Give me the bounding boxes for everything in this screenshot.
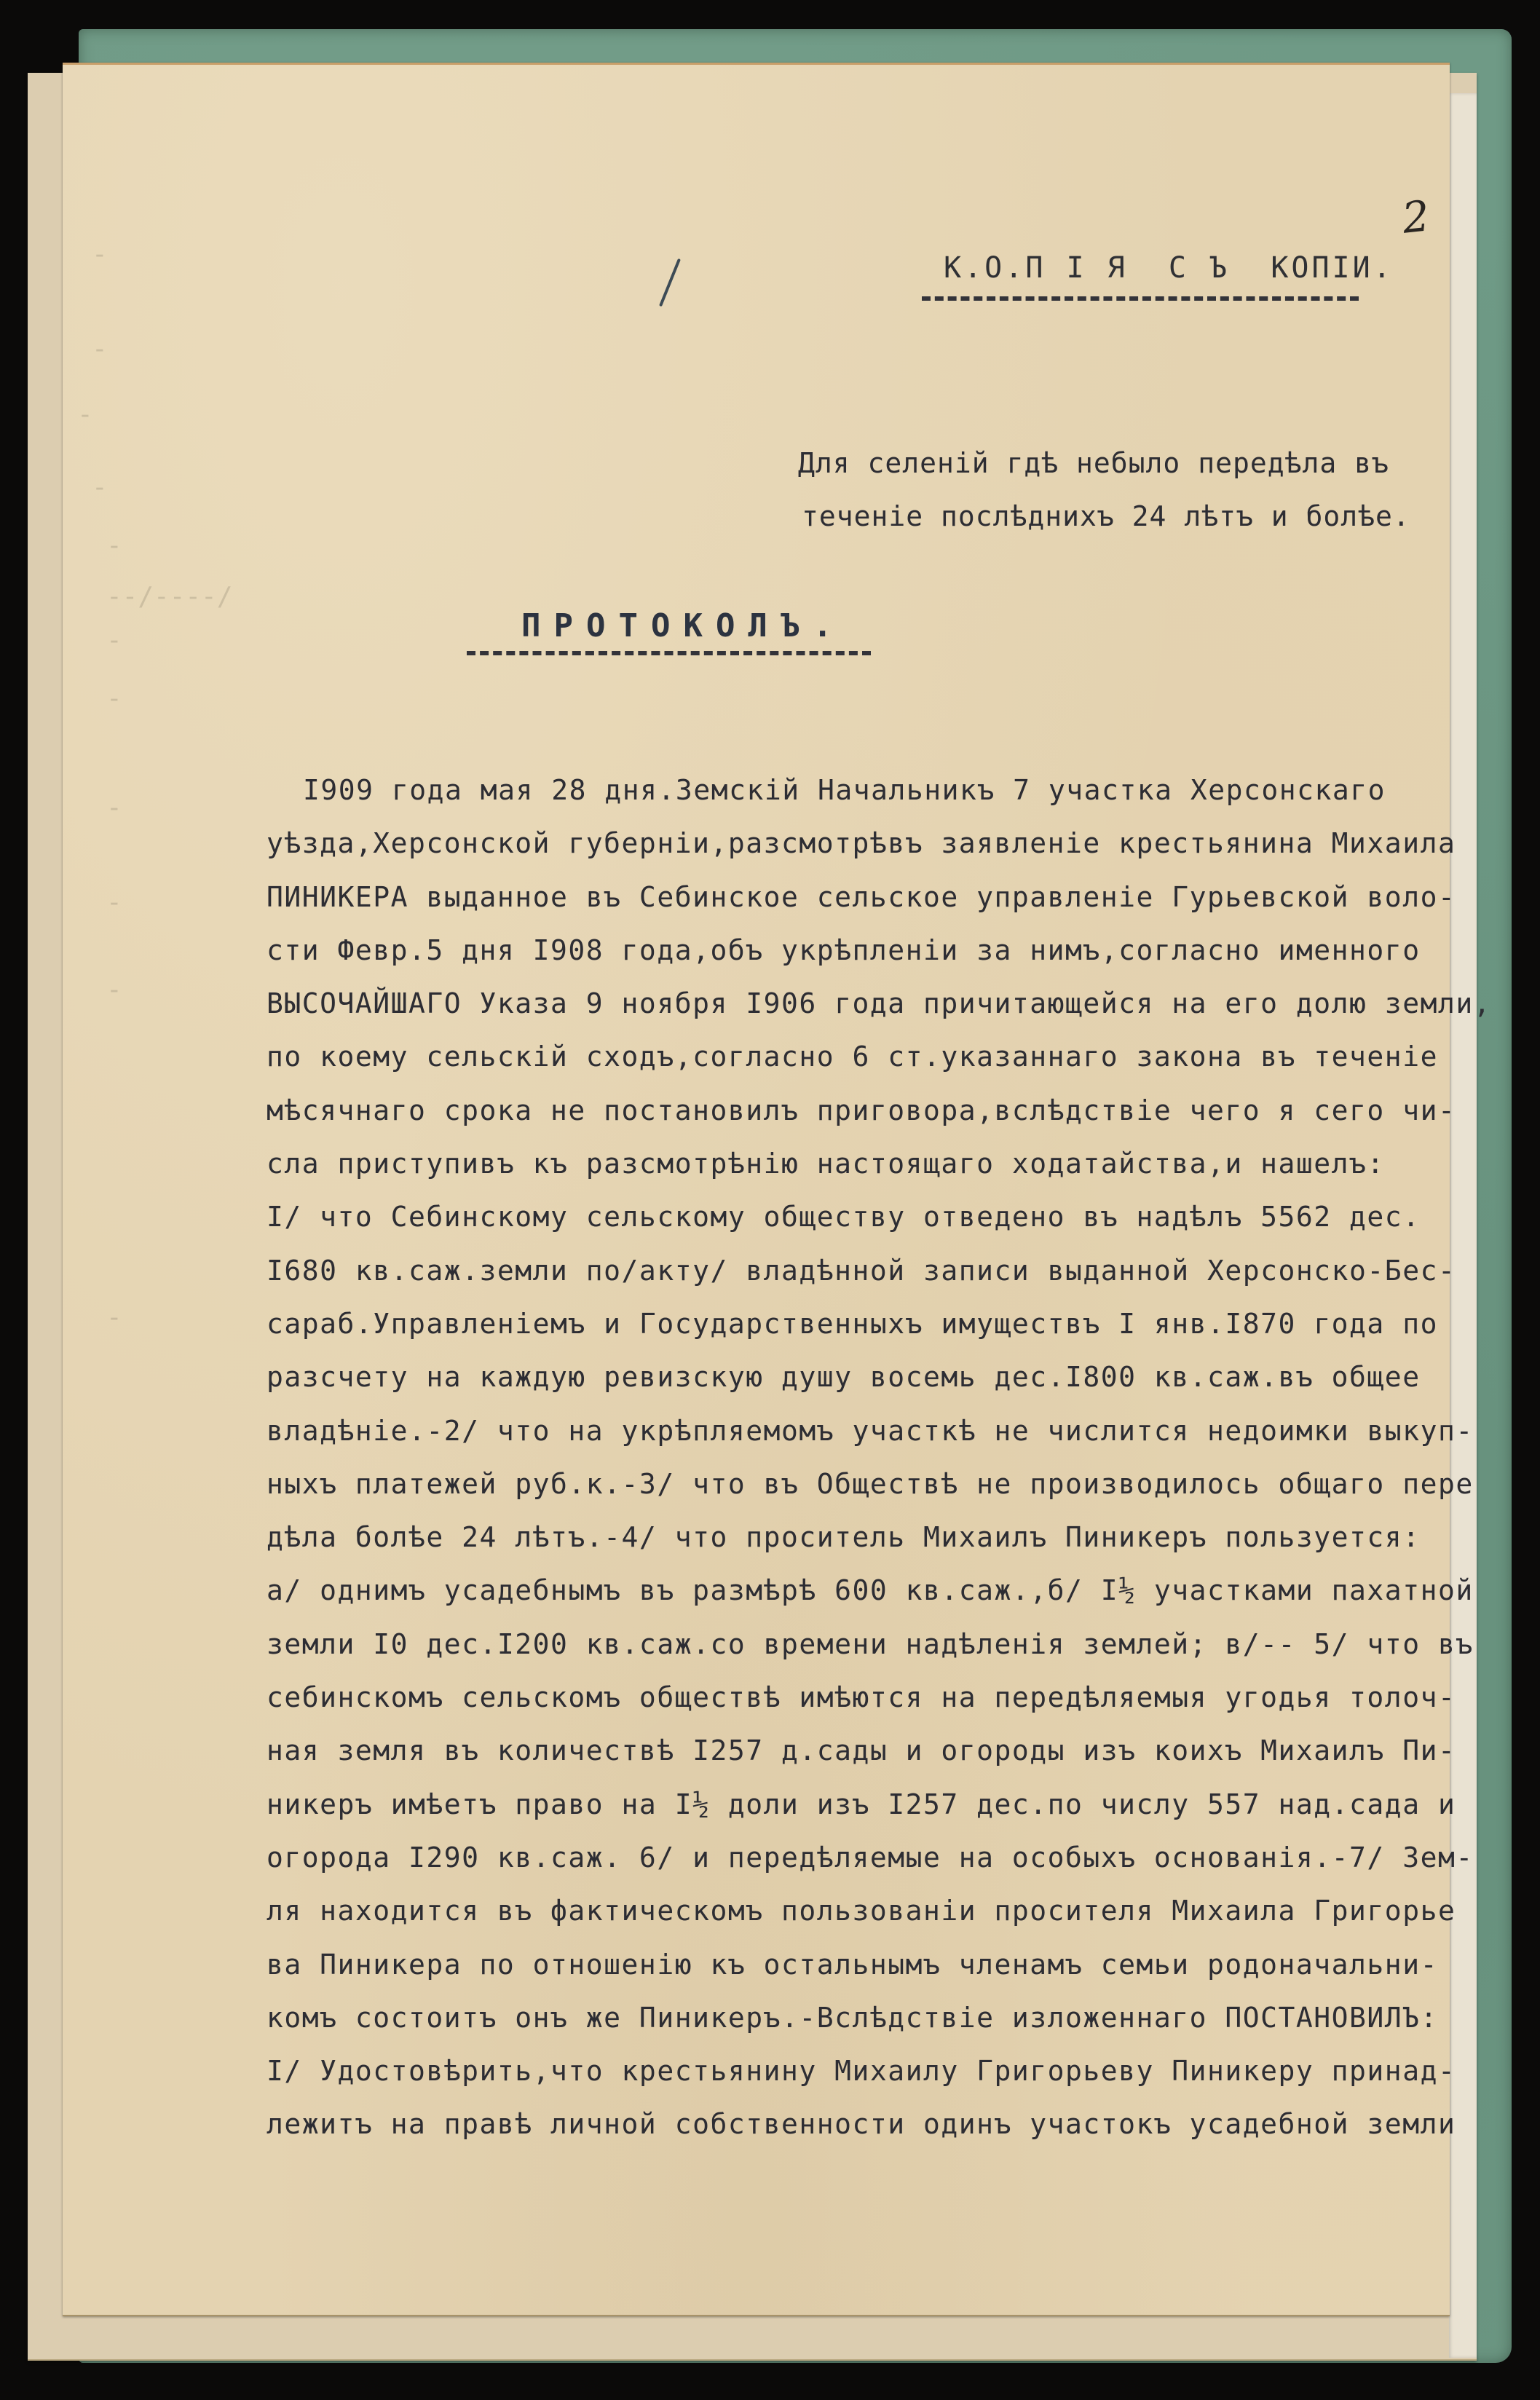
body-line: огорода I290 кв.саж. 6/ и передѣляемые н… <box>266 1831 1475 1884</box>
body-line: владѣніе.-2/ что на укрѣпляемомъ участкѣ… <box>266 1405 1475 1458</box>
body-line: I680 кв.саж.земли по/акту/ владѣнной зап… <box>266 1244 1475 1298</box>
body-line: I909 года мая 28 дня.Земскій Начальникъ … <box>266 764 1475 817</box>
body-line: мѣсячнаго срока не постановилъ приговора… <box>266 1084 1475 1137</box>
body-line: уѣзда,Херсонской губерніи,разсмотрѣвъ за… <box>266 817 1475 870</box>
body-line: лежитъ на правѣ личной собственности оди… <box>266 2098 1475 2151</box>
title-underline <box>922 296 1359 301</box>
document-title: К.О.П І Я С Ъ КОПІИ. <box>944 251 1394 285</box>
body-line: сла приступивъ къ разсмотрѣнію настоящаг… <box>266 1137 1475 1191</box>
pencil-slash-mark <box>659 258 681 307</box>
subtitle-line-1: Для селеній гдѣ небыло передѣла въ <box>798 447 1389 479</box>
bleed-through-mark: - <box>106 1303 122 1333</box>
body-line: ва Пиникера по отношенію къ остальнымъ ч… <box>266 1938 1475 1992</box>
heading-underline <box>467 651 871 655</box>
body-line: ВЫСОЧАЙШАГО Указа 9 ноября I906 года при… <box>266 977 1475 1030</box>
bleed-through-mark: - <box>92 473 108 502</box>
bleed-through-mark: - <box>106 888 122 917</box>
document-body: I909 года мая 28 дня.Земскій Начальникъ … <box>266 764 1475 2152</box>
body-line: комъ состоитъ онъ же Пиникеръ.-Вслѣдстві… <box>266 1992 1475 2045</box>
body-line: сти Февр.5 дня I908 года,объ укрѣпленіи … <box>266 924 1475 977</box>
body-line: никеръ имѣетъ право на I½ доли изъ I257 … <box>266 1778 1475 1831</box>
document-page: - - - - - --/----/ - - - - - - 2 К.О.П І… <box>63 63 1450 2316</box>
bleed-through-mark: - <box>92 334 108 364</box>
body-line: ная земля въ количествѣ I257 д.сады и ог… <box>266 1724 1475 1777</box>
body-line: разсчету на каждую ревизскую душу восемь… <box>266 1351 1475 1404</box>
body-line: ПИНИКЕРА выданное въ Себинское сельское … <box>266 871 1475 924</box>
bleed-through-mark: - <box>106 975 122 1005</box>
body-line: сараб.Управленіемъ и Государственныхъ им… <box>266 1298 1475 1351</box>
protocol-heading: ПРОТОКОЛЪ. <box>521 607 845 644</box>
folio-number: 2 <box>1400 191 1432 242</box>
body-line: а/ однимъ усадебнымъ въ размѣрѣ 600 кв.с… <box>266 1564 1475 1617</box>
body-line: по коему сельскій сходъ,согласно 6 ст.ук… <box>266 1030 1475 1083</box>
body-line: себинскомъ сельскомъ обществѣ имѣются на… <box>266 1671 1475 1724</box>
bleed-through-mark: - <box>92 240 108 269</box>
subtitle-line-2: теченіе послѣднихъ 24 лѣтъ и болѣе. <box>802 500 1410 532</box>
body-line: ныхъ платежей руб.к.-3/ что въ Обществѣ … <box>266 1458 1475 1511</box>
bleed-through-mark: - <box>77 400 93 430</box>
body-line: земли I0 дес.I200 кв.саж.со времени надѣ… <box>266 1618 1475 1671</box>
body-line: дѣла болѣе 24 лѣтъ.-4/ что проситель Мих… <box>266 1511 1475 1564</box>
bleed-through-mark: - <box>106 625 122 655</box>
body-line: ля находится въ фактическомъ пользованіи… <box>266 1884 1475 1938</box>
bleed-through-mark: - <box>106 531 122 561</box>
body-line: I/ Удостовѣрить,что крестьянину Михаилу … <box>266 2045 1475 2098</box>
bleed-through-mark: - <box>106 684 122 714</box>
bleed-through-mark: - <box>106 793 122 823</box>
bleed-through-mark: --/----/ <box>106 582 232 612</box>
body-line: I/ что Себинскому сельскому обществу отв… <box>266 1191 1475 1244</box>
